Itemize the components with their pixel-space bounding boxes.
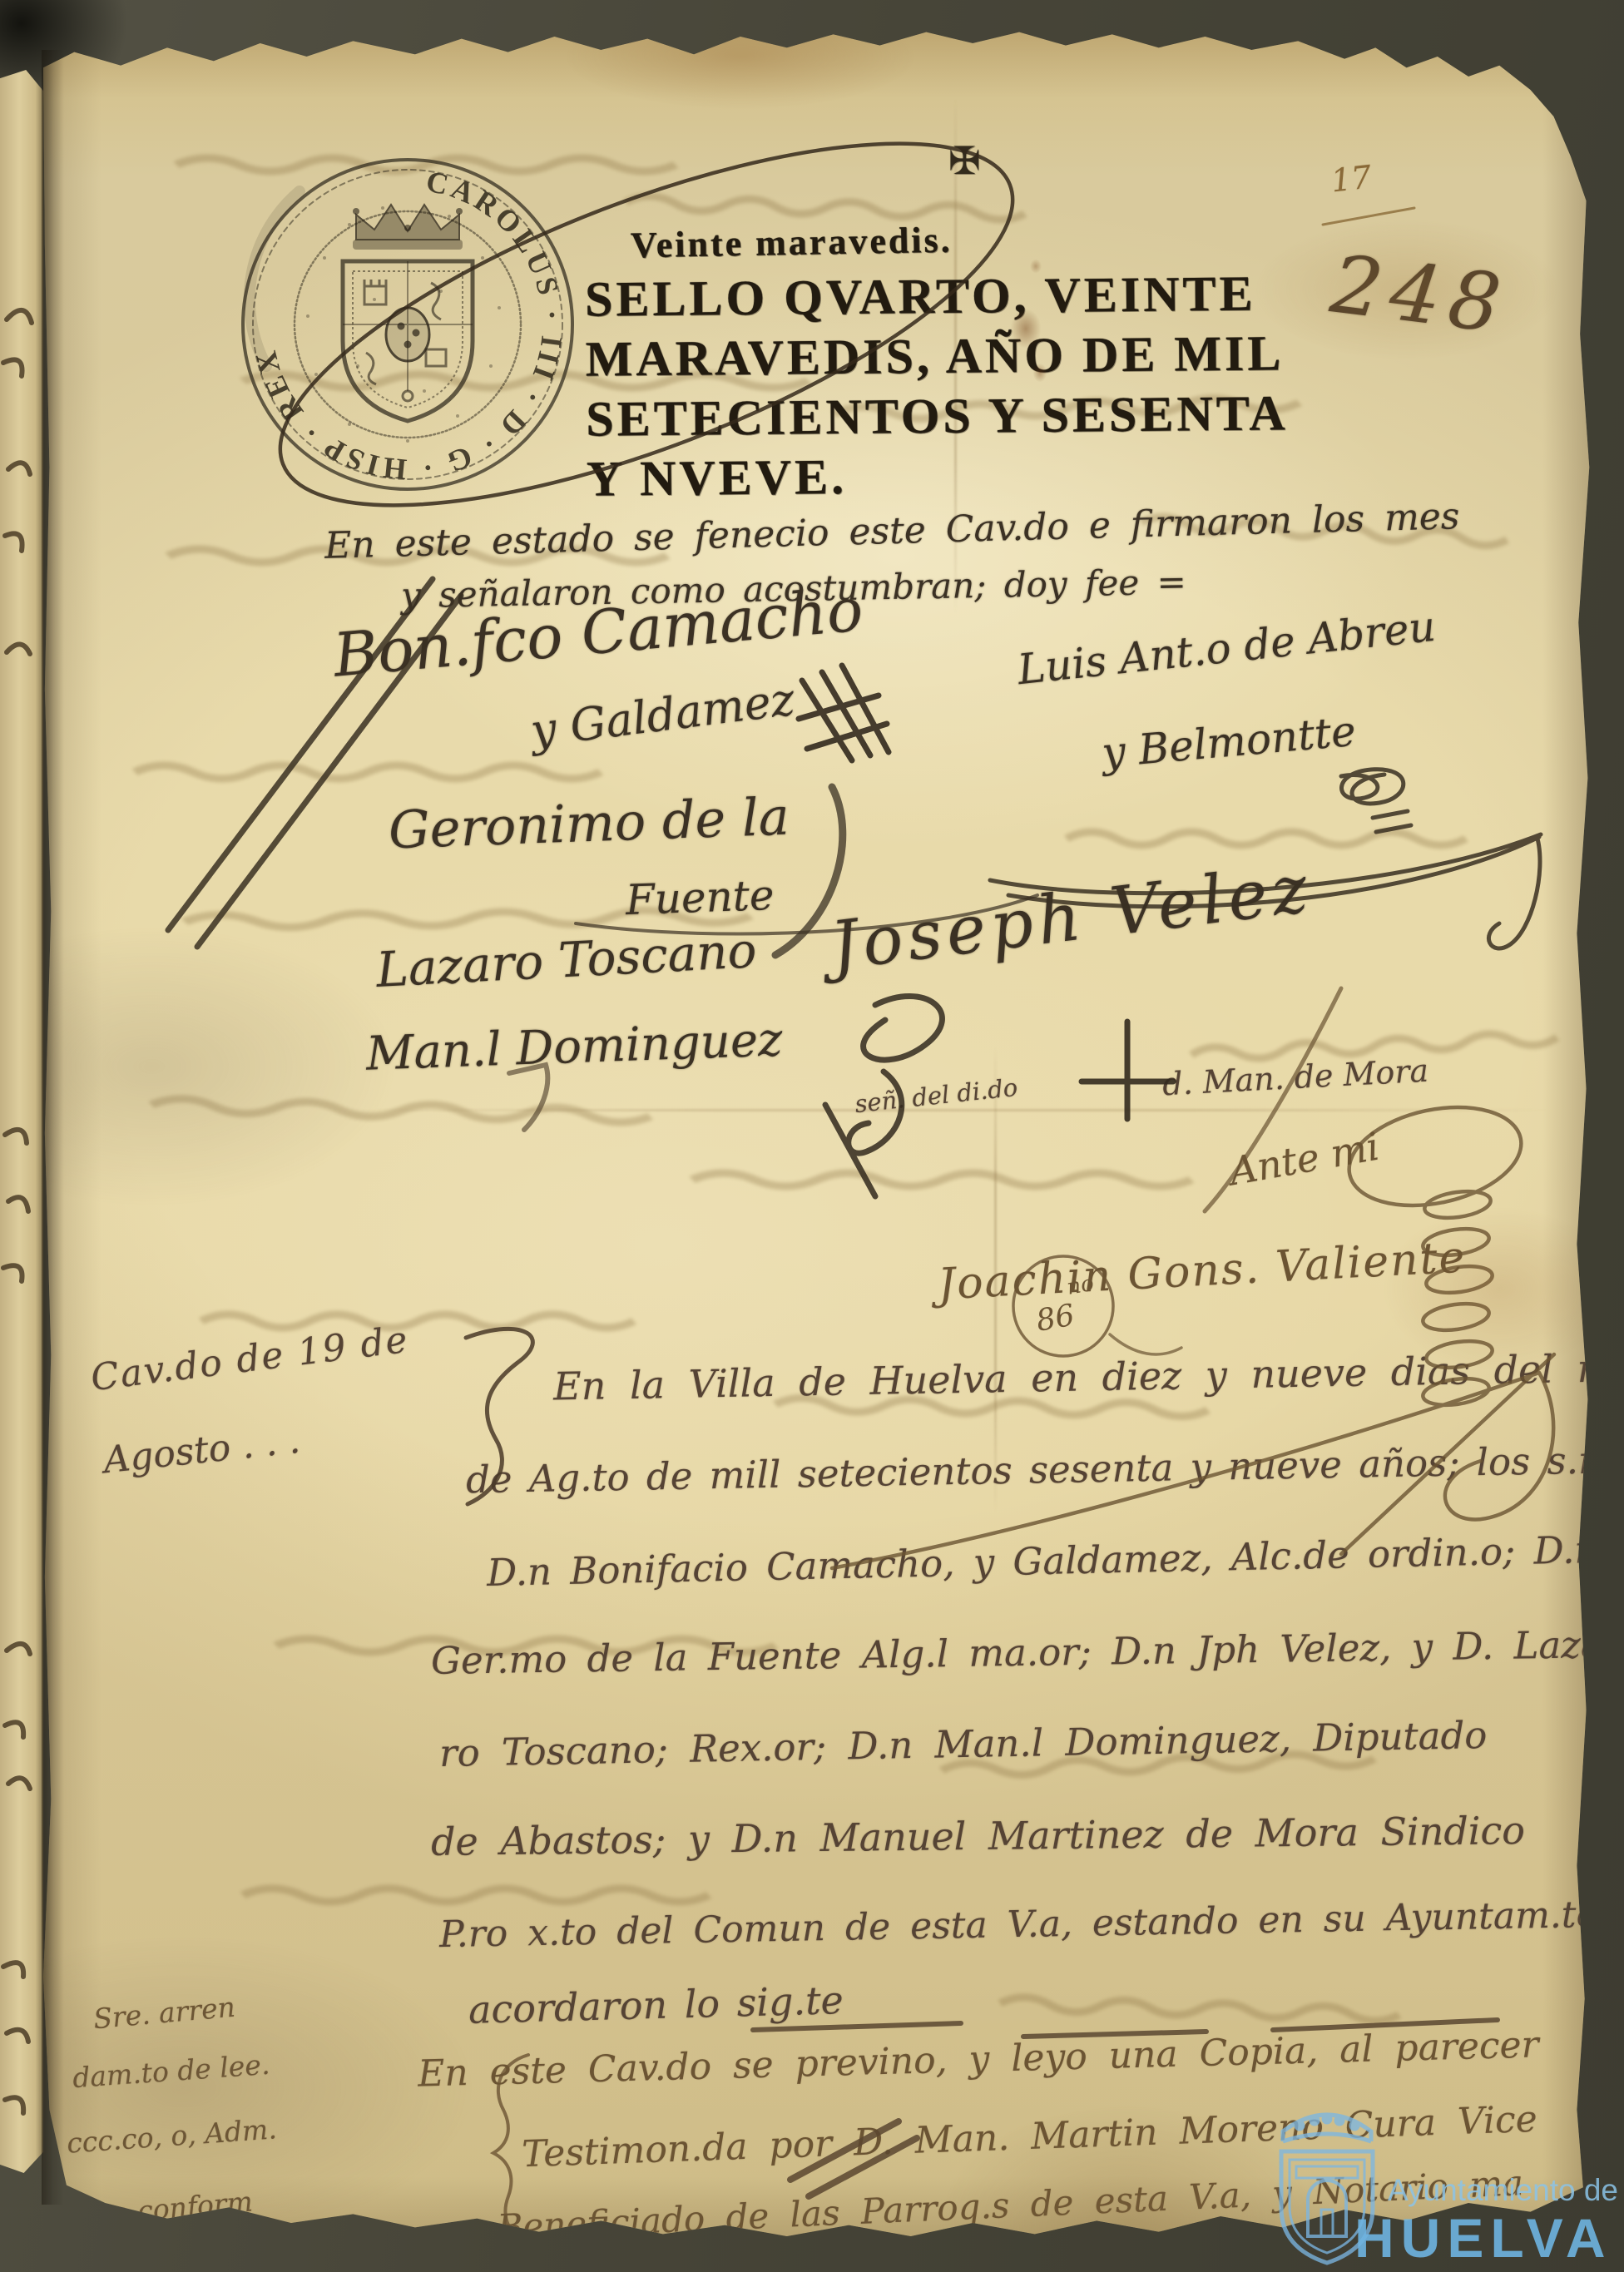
margin-note-line: q.no conform [67, 2185, 255, 2233]
margin-note-line: Sre. arren [92, 1991, 237, 2036]
printed-cross-ornament-icon: ✠ [948, 138, 981, 183]
seal-text-line: SELLO QVARTO, VEINTE [585, 263, 1288, 329]
signature-y-belmontte: y Belmontte [1100, 707, 1358, 777]
signature-y-galdamez: y Galdamez [527, 673, 797, 757]
signature-bonifacio-camacho: Bon.fco Camacho [331, 574, 866, 690]
seal-printed-block: SELLO QVARTO, VEINTE MARAVEDIS, AÑO DE M… [585, 263, 1290, 508]
signature-luis-antonio-de-abreu: Luis Ant.o de Abreu [1015, 602, 1438, 694]
double-slash-flourish [168, 579, 461, 947]
circled-number-superscript: no [1065, 1271, 1096, 1300]
small-flourish [509, 1065, 547, 1130]
margin-date-note-line: Agosto . . . [101, 1419, 302, 1482]
folio-small-underline [1323, 208, 1414, 225]
pen-flourish-ellipse [239, 70, 1054, 579]
ante-mi-label: Ante mi [1226, 1124, 1383, 1195]
margin-bracket [466, 1329, 532, 1504]
act-line: Beneficiado de las Parroq.s de esta V.a,… [497, 2162, 1524, 2248]
signature-lazaro-toscano: Lazaro Toscano [375, 922, 758, 998]
circled-number: 86 [1033, 1299, 1077, 1339]
valiente-rubric [832, 1092, 1554, 1568]
signature-joachin-gonzalez-valiente: Joachin Gons. Valiente [937, 1232, 1468, 1309]
act-line: En este Cav.do se previno, y leyo una Co… [418, 2023, 1540, 2095]
previous-page-ink-fragments [0, 70, 43, 2173]
folio-number-small: 17 [1329, 159, 1374, 200]
margin-note-line: dam.to de lee. [72, 2048, 271, 2094]
body-line: D.n Bonifacio Camacho, y Galdamez, Alc.d… [487, 1527, 1599, 1595]
act-line: Testimon.da por D. Man. Martin Moreno Cu… [521, 2098, 1537, 2176]
body-line: En la Villa de Huelva en diez y nueve di… [553, 1344, 1624, 1408]
previous-page-edge [0, 70, 43, 2173]
ante-mi-flourish [1205, 988, 1341, 1211]
stamp-ring-text: CAROLUS · III · D · G · HISP · REX [248, 164, 569, 486]
paper-crease [994, 1047, 997, 1512]
belmontte-rubric [990, 770, 1541, 948]
seal-text-line: SETECIENTOS Y SESENTA [586, 383, 1289, 448]
margin-date-note-line: Cav.do de 19 de [88, 1319, 411, 1399]
tax-rate-blackletter-line: Veinte maravedis. [631, 219, 953, 267]
stamp-crown [353, 205, 463, 250]
body-line: acordaron lo sig.te [468, 1977, 844, 2032]
paper-crease [359, 1109, 1549, 1111]
svg-text:CAROLUS · III · D · G · HISP ·: CAROLUS · III · D · G · HISP · REX [248, 164, 569, 486]
closing-dashes [753, 2020, 1498, 2037]
circled-act-number: no 86 [1013, 1256, 1181, 1356]
body-line: ro Toscano; Rex.or; D.n Man.l Dominguez,… [439, 1713, 1488, 1775]
closing-line: En este estado se fenecio este Cav.do e … [324, 495, 1460, 567]
signature-cross-mark [1082, 1022, 1173, 1119]
margin-brace [493, 2055, 530, 2243]
signature-joseph-velez: Joseph Velez [827, 849, 1317, 985]
hatched-paraph [775, 666, 889, 955]
signature-fuente: Fuente [625, 871, 775, 924]
stamp-stipple [306, 206, 501, 443]
archive-scan-stage: CAROLUS · III · D · G · HISP · REX [0, 0, 1624, 2272]
signature-manuel-dominguez: Man.l Dominguez [365, 1012, 784, 1081]
folio-number: 248 [1326, 237, 1513, 351]
carolus-iii-stamp-seal: CAROLUS · III · D · G · HISP · REX [175, 92, 641, 557]
strike-double-slash [790, 2121, 917, 2196]
margin-note-line: ccc.co, o, Adm. [66, 2112, 278, 2160]
body-line: de Ag.to de mill setecientos sesenta y n… [466, 1438, 1624, 1502]
note-senal-del-dicho: señ. del di.do [854, 1073, 1019, 1118]
manuscript-page: CAROLUS · III · D · G · HISP · REX [43, 23, 1592, 2243]
seal-text-line: Y NVEVE. [587, 443, 1290, 508]
geronimo-underline [576, 895, 1037, 934]
dominguez-paraph [825, 996, 942, 1196]
ink-flourishes: no 86 [43, 23, 1592, 2243]
stamp-royal-shield [343, 261, 473, 421]
bleed-through-writing [43, 23, 1592, 2243]
seal-text-line: MARAVEDIS, AÑO DE MIL [585, 323, 1288, 389]
body-line: Ger.mo de la Fuente Alg.l ma.or; D.n Jph… [431, 1622, 1603, 1683]
signature-manuel-de-mora: d. Man. de Mora [1161, 1052, 1429, 1103]
body-line: P.ro x.to del Comun de esta V.a, estando… [439, 1893, 1599, 1956]
signature-geronimo-de-la: Geronimo de la [388, 786, 790, 861]
body-line: de Abastos; y D.n Manuel Martinez de Mor… [431, 1808, 1525, 1864]
paper-crease [954, 98, 957, 614]
closing-line: y señalaron como acostumbran; doy fee = [401, 562, 1187, 616]
